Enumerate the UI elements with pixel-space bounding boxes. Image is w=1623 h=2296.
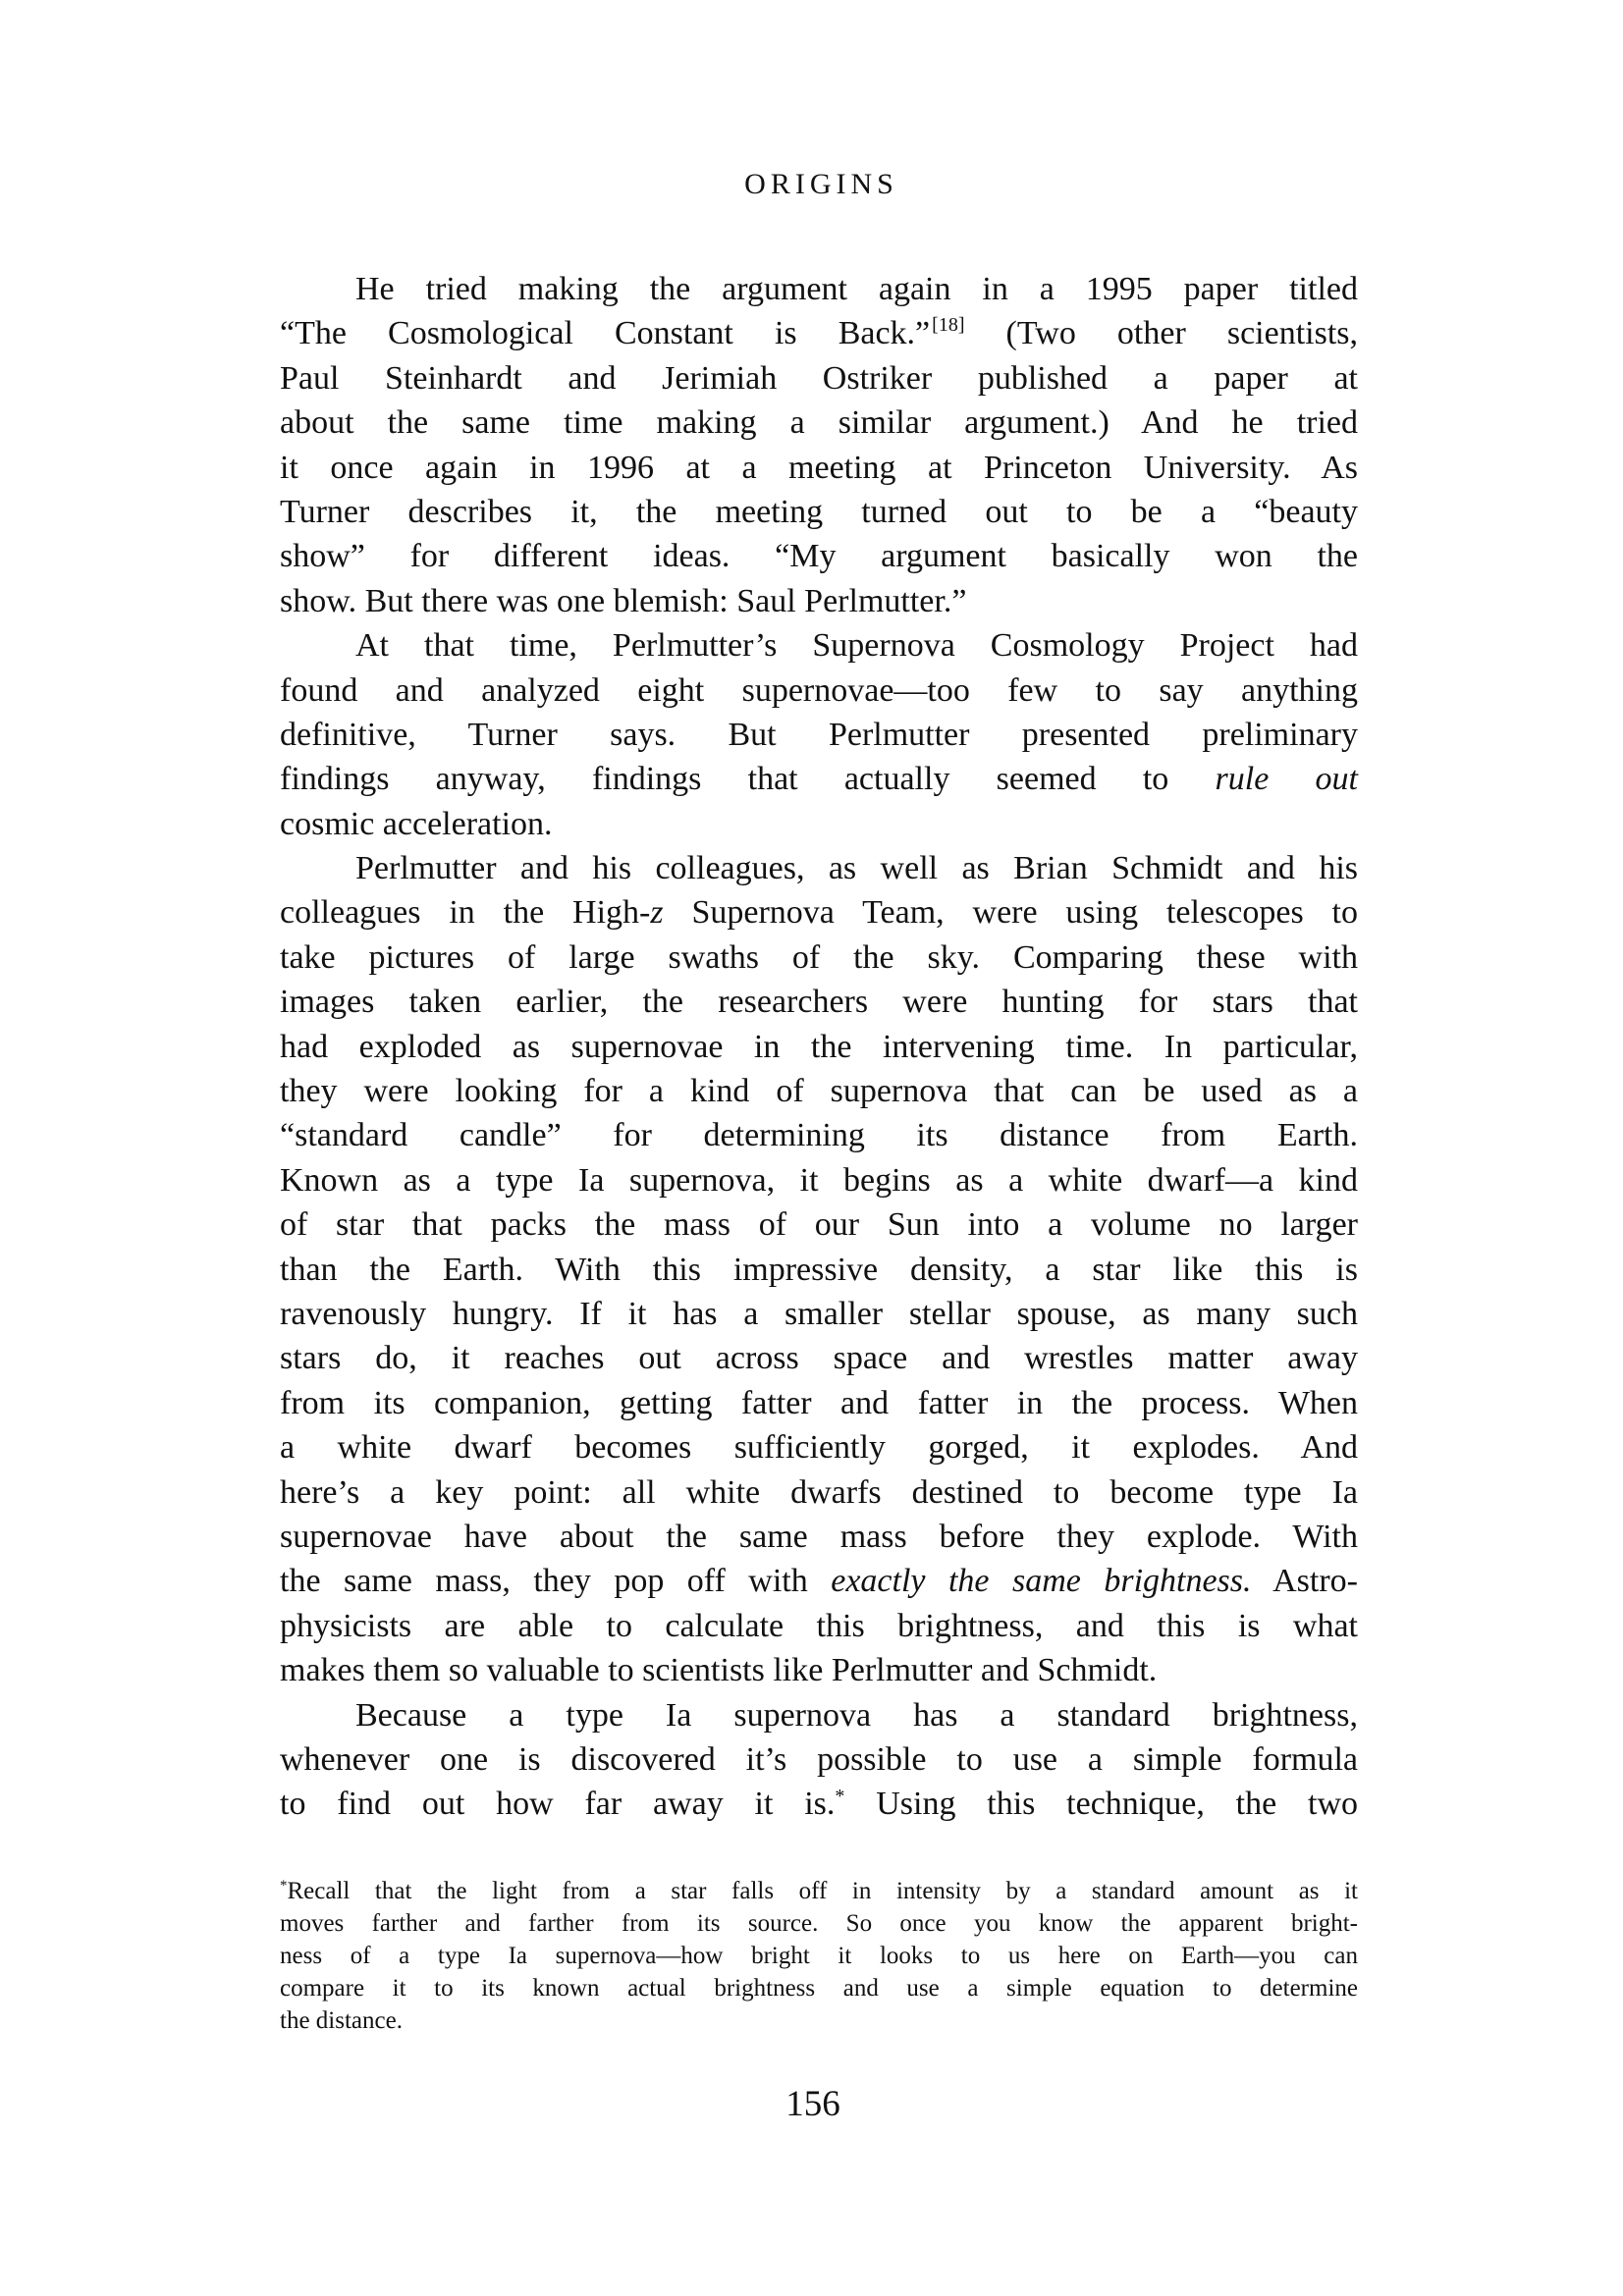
footnote-line: moves farther and farther from its sourc… [280,1907,1358,1940]
paragraph-1: He tried making the argument again in a … [280,267,1358,623]
text-line: it once again in 1996 at a meeting at Pr… [280,446,1358,490]
page-number: 156 [0,2083,1623,2126]
text-line: from its companion, getting fatter and f… [280,1381,1358,1425]
text-line: whenever one is discovered it’s possible… [280,1737,1358,1782]
text-line: the same mass, they pop off with exactly… [280,1559,1358,1603]
text-line: show” for different ideas. “My argument … [280,534,1358,578]
footnote-line: the distance. [280,2004,1358,2037]
text-line: Perlmutter and his colleagues, as well a… [280,846,1358,890]
italic-z: z [650,894,663,931]
book-page: ORIGINS He tried making the argument aga… [0,0,1623,2296]
text-line: show. But there was one blemish: Saul Pe… [280,579,1358,623]
paragraph-4: Because a type Ia supernova has a standa… [280,1693,1358,1827]
body-text: He tried making the argument again in a … [280,267,1358,1827]
text-line: cosmic acceleration. [280,802,1358,846]
text-line: findings anyway, findings that actually … [280,757,1358,801]
text-line: Turner describes it, the meeting turned … [280,490,1358,534]
text-line: physicists are able to calculate this br… [280,1604,1358,1648]
italic-emphasis: rule out [1216,761,1358,797]
text-line: a white dwarf becomes sufficiently gorge… [280,1425,1358,1469]
text-line: makes them so valuable to scientists lik… [280,1648,1358,1692]
text-line: colleagues in the High-z Supernova Team,… [280,890,1358,934]
footnote: *Recall that the light from a star falls… [280,1875,1358,2037]
text-line: definitive, Turner says. But Perlmutter … [280,713,1358,757]
text-line: had exploded as supernovae in the interv… [280,1025,1358,1069]
italic-emphasis: exactly the same brightness. [831,1563,1251,1599]
text-line: Because a type Ia supernova has a standa… [280,1693,1358,1737]
text-line: found and analyzed eight supernovae—too … [280,668,1358,713]
text-line: “The Cosmological Constant is Back.”[18]… [280,311,1358,355]
paragraph-3: Perlmutter and his colleagues, as well a… [280,846,1358,1692]
text-line: about the same time making a similar arg… [280,400,1358,445]
citation-reference[interactable]: [18] [930,314,964,336]
footnote-line: *Recall that the light from a star falls… [280,1875,1358,1907]
text-line: “standard candle” for determining its di… [280,1113,1358,1157]
text-line: take pictures of large swaths of the sky… [280,935,1358,980]
text-line: supernovae have about the same mass befo… [280,1515,1358,1559]
text-line: here’s a key point: all white dwarfs des… [280,1470,1358,1515]
running-head: ORIGINS [0,168,1623,201]
text-line: they were looking for a kind of supernov… [280,1069,1358,1113]
footnote-marker[interactable]: * [835,1786,844,1807]
footnote-line: compare it to its known actual brightnes… [280,1972,1358,2004]
text-line: ravenously hungry. If it has a smaller s… [280,1292,1358,1336]
text-line: than the Earth. With this impressive den… [280,1248,1358,1292]
text-line: stars do, it reaches out across space an… [280,1336,1358,1380]
text-line: of star that packs the mass of our Sun i… [280,1202,1358,1247]
text-line: He tried making the argument again in a … [280,267,1358,311]
text-line: Known as a type Ia supernova, it begins … [280,1158,1358,1202]
footnote-asterisk: * [280,1878,288,1894]
footnote-line: ness of a type Ia supernova—how bright i… [280,1940,1358,1972]
text-line: At that time, Perlmutter’s Supernova Cos… [280,623,1358,667]
text-line: Paul Steinhardt and Jerimiah Ostriker pu… [280,356,1358,400]
text-line: images taken earlier, the researchers we… [280,980,1358,1024]
text-line: to find out how far away it is.* Using t… [280,1782,1358,1826]
paragraph-2: At that time, Perlmutter’s Supernova Cos… [280,623,1358,846]
